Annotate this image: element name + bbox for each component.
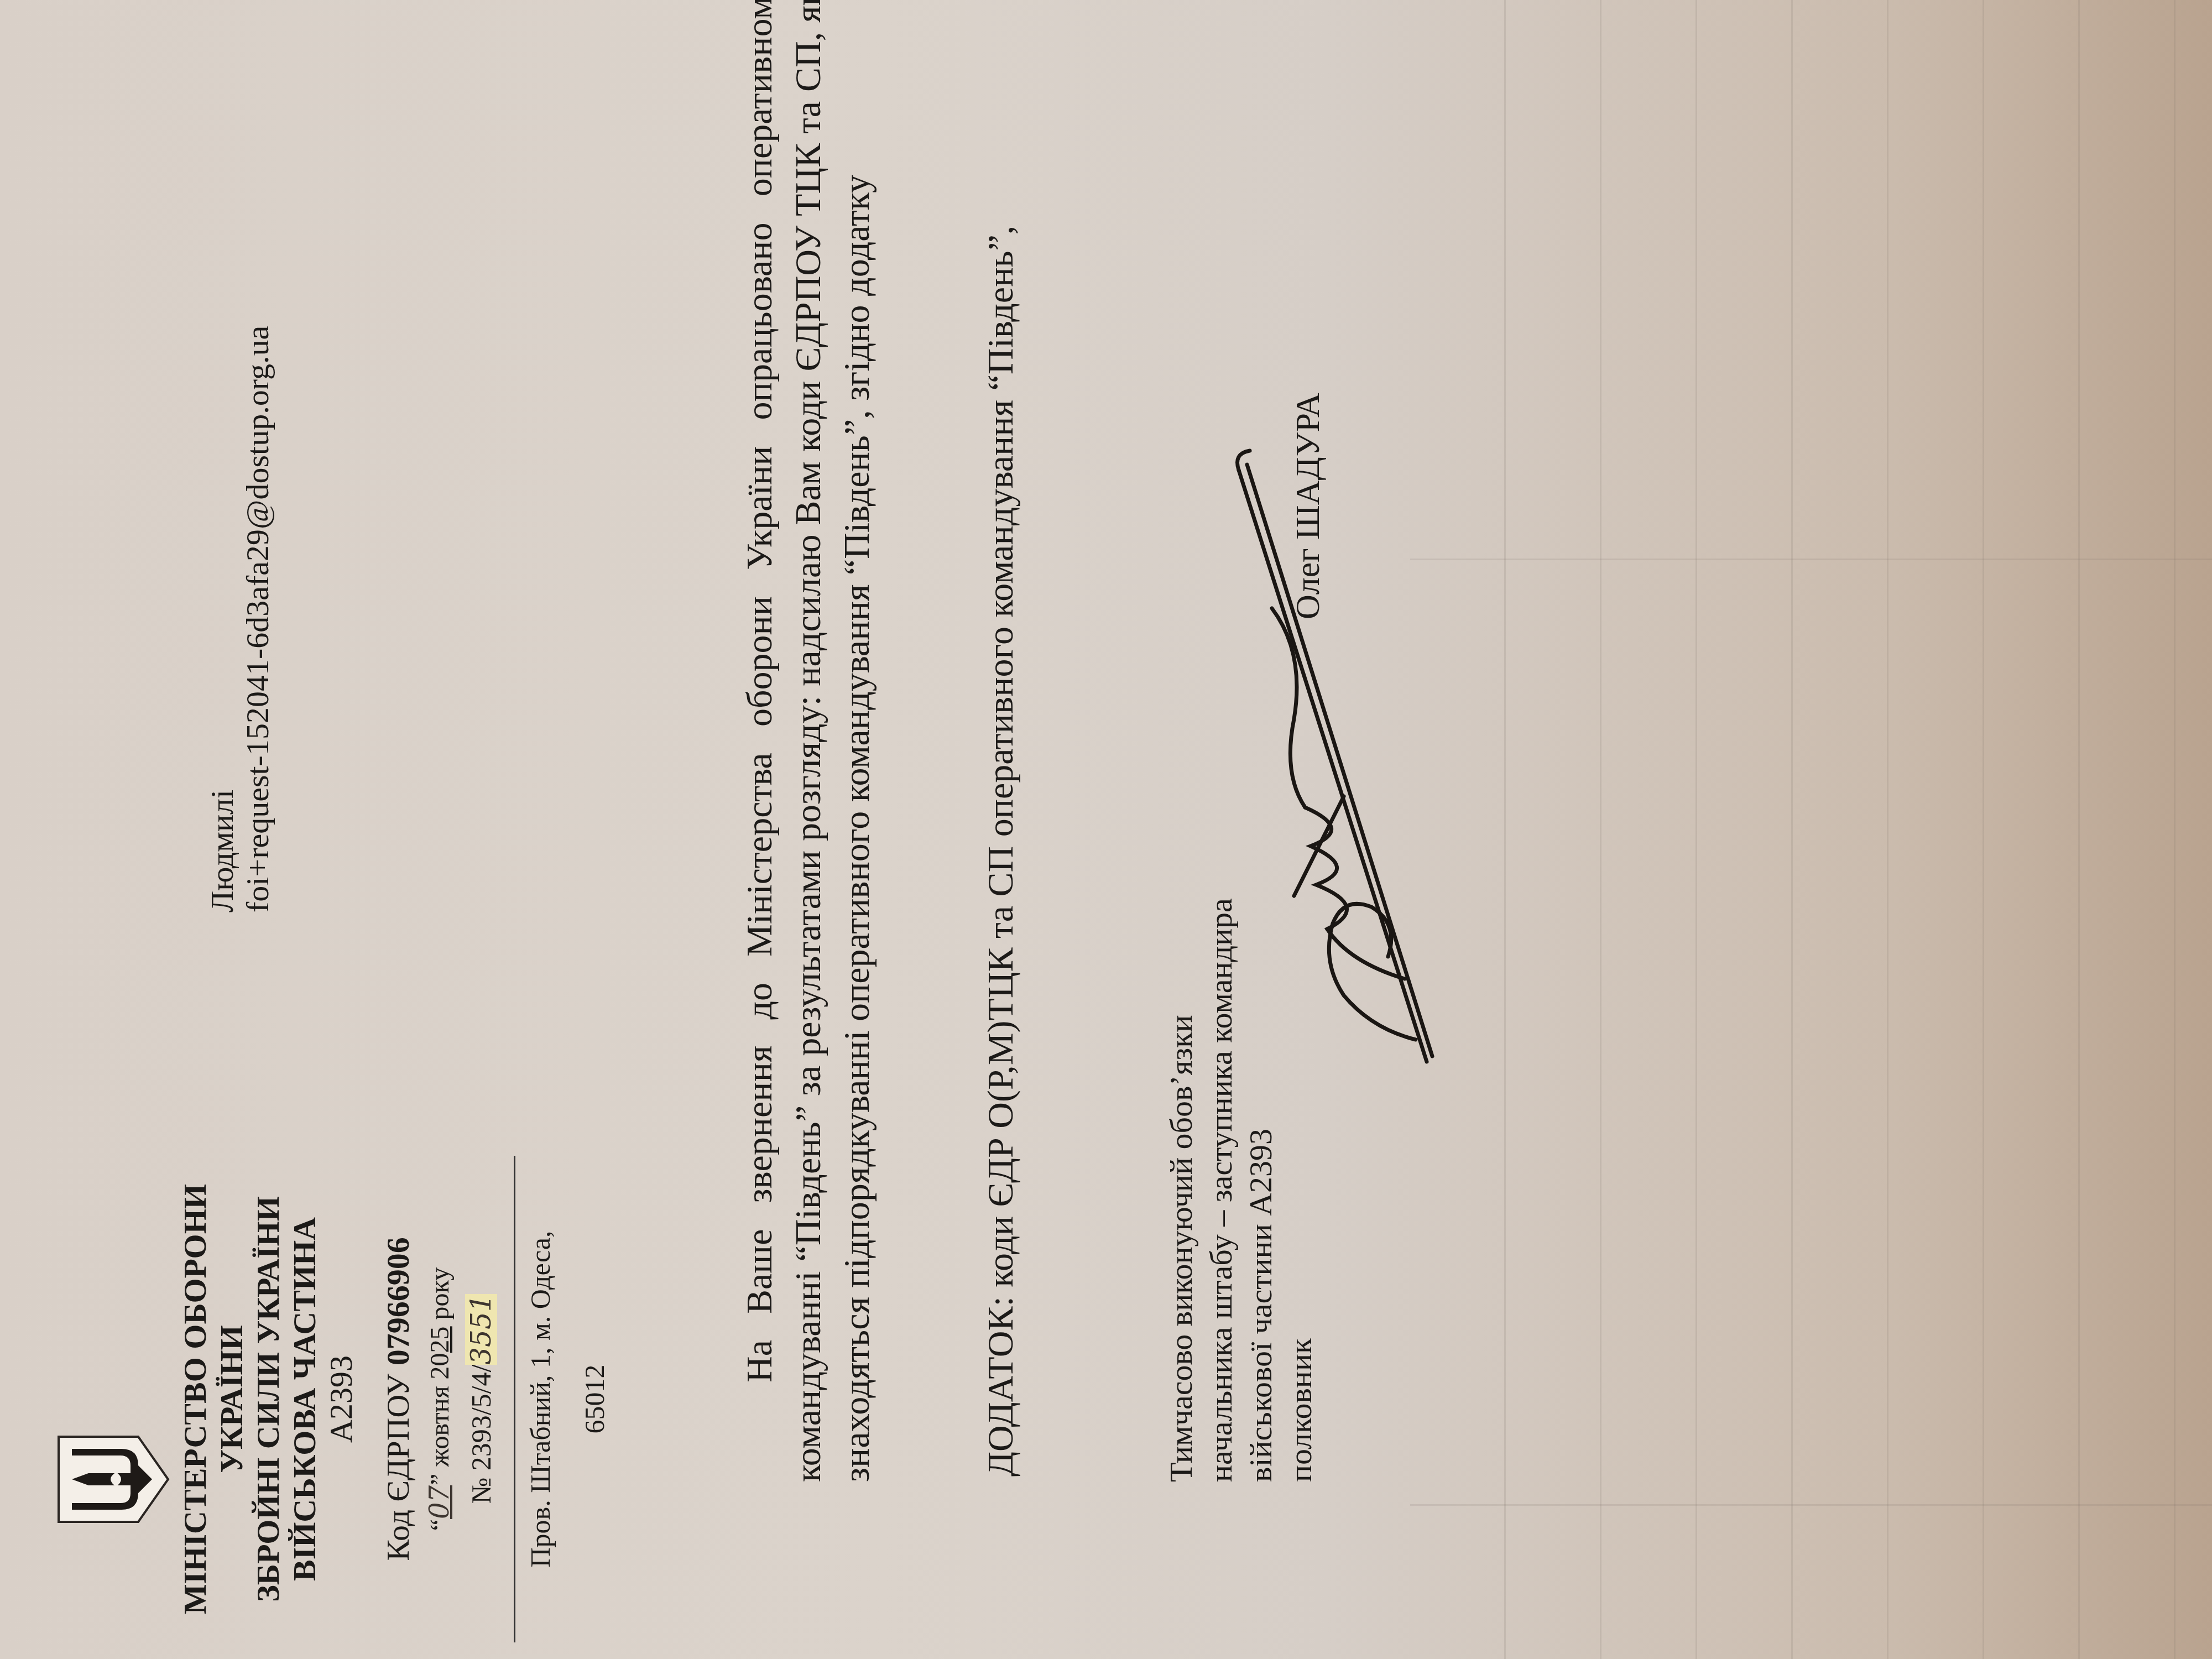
- annex-label: ДОДАТОК:: [980, 1296, 1021, 1477]
- recipient-name: Людмилі: [205, 28, 240, 912]
- sender-header: МІНІСТЕРСТВО ОБОРОНИ УКРАЇНИ ЗБРОЙНІ СИЛ…: [177, 1150, 611, 1648]
- header-divider: [514, 1156, 515, 1642]
- edrpou-value: 07966906: [380, 1237, 416, 1365]
- reg-number-handwritten: 3551: [465, 1294, 497, 1364]
- org-title-line-4: ВІЙСЬКОВА ЧАСТИНА: [286, 1150, 323, 1648]
- bleed-through-table-lines: [1410, 0, 2212, 1659]
- org-title-line-2: УКРАЇНИ: [213, 1150, 250, 1648]
- handwritten-signature-icon: [1206, 442, 1438, 1106]
- bleed-through-row-line: [1410, 1504, 2212, 1506]
- bleed-through-row-line: [1410, 559, 2212, 560]
- org-title-line-3: ЗБРОЙНІ СИЛИ УКРАЇНИ: [250, 1150, 286, 1648]
- date-suffix: року: [425, 1267, 455, 1327]
- sender-address: Пров. Штабний, 1, м. Одеса,: [524, 1150, 556, 1648]
- sender-postcode: 65012: [578, 1150, 611, 1648]
- registration-number: № 2393/5/4/3551: [465, 1150, 497, 1648]
- date-year-suffix: 25: [425, 1326, 455, 1353]
- annex-line: ДОДАТОК: коди ЄДР О(Р,М)ТЦК та СП операт…: [979, 0, 1023, 1477]
- letter-page: МІНІСТЕРСТВО ОБОРОНИ УКРАЇНИ ЗБРОЙНІ СИЛ…: [22, 0, 1405, 1659]
- date-line: “07” жовтня 2025 року: [424, 1150, 455, 1648]
- annex-text: коди ЄДР О(Р,М)ТЦК та СП оперативного ко…: [980, 226, 1021, 1287]
- org-title-line-1: МІНІСТЕРСТВО ОБОРОНИ: [177, 1150, 213, 1648]
- edrpou-line: Код ЄДРПОУ 07966906: [379, 1150, 416, 1648]
- reg-number-prefix: № 2393/5/4/: [466, 1365, 497, 1504]
- recipient-email: foi+request-152041-6d3afa29@dostup.org.u…: [240, 28, 275, 912]
- date-month: ” жовтня 20: [425, 1353, 455, 1485]
- edrpou-label: Код ЄДРПОУ: [380, 1374, 416, 1561]
- trident-coat-of-arms-icon: [55, 1432, 171, 1526]
- recipient-block: Людмилі foi+request-152041-6d3afa29@dost…: [205, 28, 275, 912]
- date-day-handwritten: 07: [424, 1485, 455, 1519]
- org-unit-code: А2393: [323, 1150, 359, 1648]
- date-quote-open: “: [425, 1519, 455, 1531]
- body-paragraph: На Ваше звернення до Міністерства оборон…: [735, 0, 881, 1482]
- signatory-title-line-1: Тимчасово виконуючий обов’язки: [1161, 376, 1201, 1482]
